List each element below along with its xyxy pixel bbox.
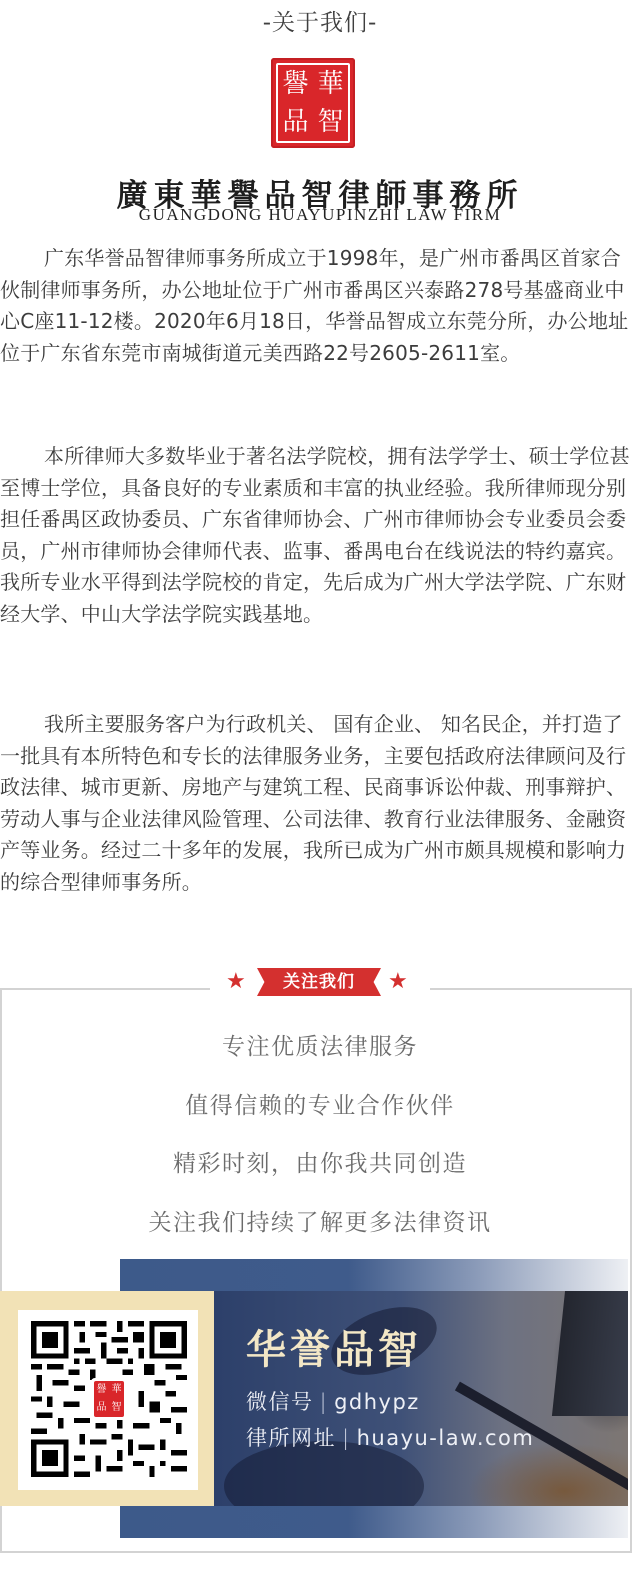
- slogan-line: 精彩时刻，由你我共同创造: [0, 1145, 640, 1178]
- slogan-line: 值得信赖的专业合作伙伴: [0, 1087, 640, 1120]
- seal-char: 華: [313, 65, 348, 103]
- seal-char: 智: [112, 1403, 122, 1413]
- website-link[interactable]: huayu-law.com: [357, 1426, 535, 1450]
- section-title: -关于我们-: [0, 4, 640, 37]
- firm-name-english: GUANGDONG HUAYUPINZHI LAW FIRM: [0, 205, 640, 225]
- seal-char: 譽: [278, 65, 313, 103]
- seal-char: 智: [313, 103, 348, 141]
- star-icon: ★: [388, 970, 408, 994]
- wechat-id-line: 微信号|gdhypz: [246, 1386, 420, 1416]
- wechat-id[interactable]: gdhypz: [334, 1390, 420, 1414]
- about-paragraph-3: 我所主要服务客户为行政机关、 国有企业、 知名民企，并打造了一批具有本所特色和专…: [0, 709, 640, 898]
- qr-center-seal-logo: 譽 華 品 智: [91, 1378, 127, 1420]
- follow-us-ribbon: 关注我们: [257, 968, 381, 996]
- card-bottom-band: [120, 1506, 628, 1538]
- separator: |: [320, 1390, 329, 1414]
- about-paragraph-1: 广东华誉品智律师事务所成立于1998年，是广州市番禺区首家合伙制律师事务所，办公…: [0, 243, 640, 369]
- slogan-line: 关注我们持续了解更多法律资讯: [0, 1204, 640, 1237]
- star-icon: ★: [226, 970, 246, 994]
- follow-us-header: ★ 关注我们 ★: [210, 968, 430, 1000]
- card-top-band: [120, 1259, 628, 1291]
- seal-char: 品: [97, 1403, 107, 1413]
- law-book-shape: [552, 1291, 628, 1416]
- separator: |: [342, 1426, 351, 1450]
- firm-seal-logo: 譽 華 品 智: [271, 58, 355, 148]
- slogan-line: 专注优质法律服务: [0, 1028, 640, 1061]
- wechat-label: 微信号: [246, 1390, 314, 1414]
- seal-char: 華: [112, 1385, 122, 1395]
- website-label: 律所网址: [246, 1426, 336, 1450]
- seal-char: 譽: [97, 1385, 107, 1395]
- brand-name: 华誉品智: [246, 1318, 422, 1375]
- seal-char: 品: [278, 103, 313, 141]
- website-line: 律所网址|huayu-law.com: [246, 1422, 534, 1452]
- about-paragraph-2: 本所律师大多数毕业于著名法学院校，拥有法学学士、硕士学位甚至博士学位，具备良好的…: [0, 441, 640, 630]
